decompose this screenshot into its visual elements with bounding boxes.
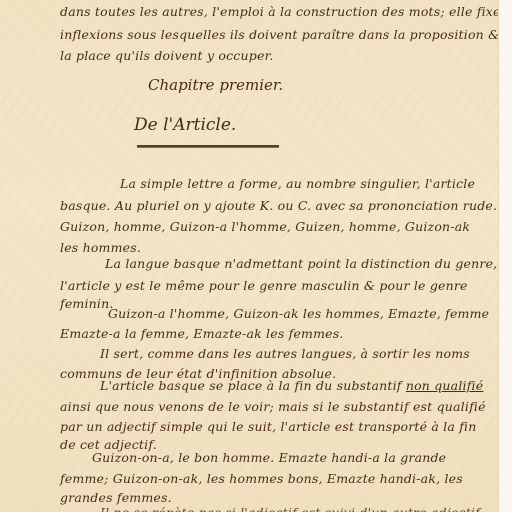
text-line: par un adjectif simple qui le suit, l'ar… [60,419,477,434]
section-divider [137,145,279,148]
text-line: l'article y est le même pour le genre ma… [60,278,468,293]
text-line: La langue basque n'admettant point la di… [105,256,497,271]
text-line: femme; Guizon-on-ak, les hommes bons, Em… [60,471,463,486]
text-line: Guizon, homme, Guizon-a l'homme, Guizen,… [60,219,470,234]
text-line: inflexions sous lesquelles ils doivent p… [60,27,498,42]
text-line: Il sert, comme dans les autres langues, … [100,346,470,361]
text-line: Guizon-a l'homme, Guizon-ak les hommes, … [108,306,489,321]
text-line: Guizon-on-a, le bon homme. Emazte handi-… [92,450,446,465]
underlined-phrase: non qualifié [406,378,484,393]
text-line: les hommes. [60,240,141,255]
text-line: L'article basque se place à la fin du su… [100,378,483,393]
manuscript-page: dans toutes les autres, l'emploi à la co… [0,0,498,512]
scan-margin [498,0,512,512]
text-line: grandes femmes. [60,490,172,505]
text-line: la place qu'ils doivent y occuper. [60,48,274,63]
text-line: La simple lettre a forme, au nombre sing… [120,176,475,191]
text-line: ainsi que nous venons de le voir; mais s… [60,399,486,414]
text-line: dans toutes les autres, l'emploi à la co… [60,4,498,19]
text-line: feminin. [60,296,114,311]
text-line: basque. Au pluriel on y ajoute K. ou C. … [60,198,497,213]
chapter-title: Chapitre premier. [148,76,283,94]
section-title: De l'Article. [134,115,236,135]
text-line: Emazte-a la femme, Emazte-ak les femmes. [60,326,344,341]
text-segment: L'article basque se place à la fin du su… [100,378,402,393]
text-line-partial: Il ne se répète pas si l'adjectif est su… [100,505,480,512]
